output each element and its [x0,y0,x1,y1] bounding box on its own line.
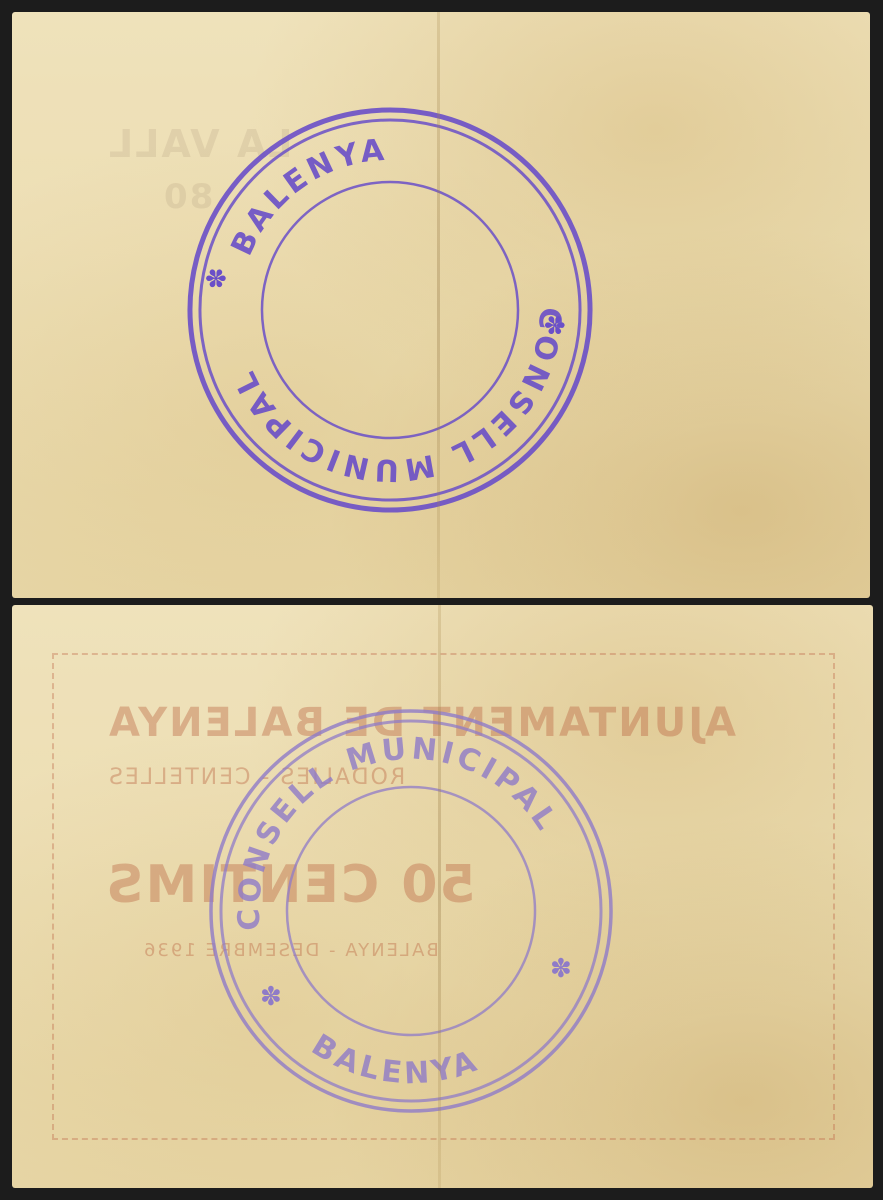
banknote-back: AJUNTAMENT DE BALENYA RODALIES - CENTELL… [12,605,873,1188]
municipal-stamp: CONSELL MUNICIPAL BALENYA ✽ ✽ [184,104,596,516]
banknote-front: LA VALL 80 CONSELL MUNICIPAL BALENYA ✽ ✽ [12,12,870,598]
flower-ornament-icon: ✽ [198,259,232,296]
municipal-stamp: CONSELL MUNICIPAL BALENYA ✽ ✽ [205,705,617,1117]
flower-ornament-icon: ✽ [260,982,282,1012]
svg-text:CONSELL MUNICIPAL: CONSELL MUNICIPAL [225,213,612,552]
stamp-bottom-text: BALENYA [305,1028,484,1092]
stamp-top-text: CONSELL MUNICIPAL [225,213,612,552]
svg-text:BALENYA: BALENYA [205,114,409,271]
stamp-bottom-text: BALENYA [205,114,409,271]
svg-text:BALENYA: BALENYA [305,1028,484,1092]
flower-ornament-icon: ✽ [550,954,572,984]
